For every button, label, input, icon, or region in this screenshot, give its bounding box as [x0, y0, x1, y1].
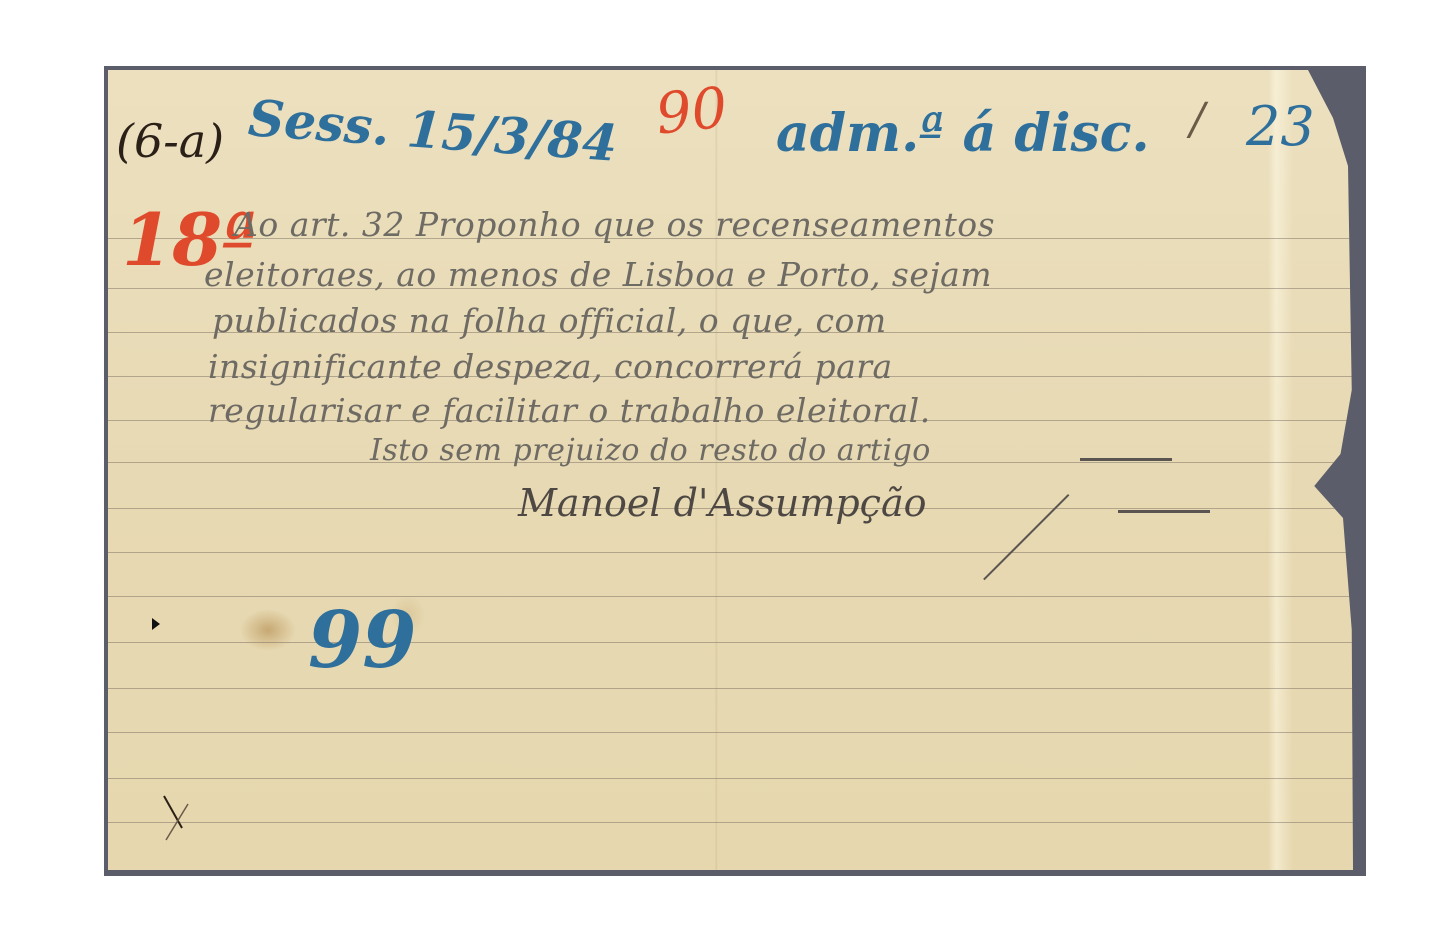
ruled-line	[108, 596, 1358, 597]
punch-mark-icon	[152, 618, 160, 630]
ruled-line	[108, 822, 1358, 823]
closing-flourish	[1080, 458, 1172, 461]
ruled-line	[108, 732, 1358, 733]
page-number: 23	[1246, 100, 1315, 154]
manuscript-page: (6-a) Sess. 15/3/84 90 adm.ª á disc. / 2…	[108, 70, 1358, 870]
ruled-line	[108, 688, 1358, 689]
signature-stroke	[983, 494, 1069, 580]
ruled-line	[108, 778, 1358, 779]
tick-mark: /	[1190, 98, 1205, 142]
body-line: Ao art. 32 Proponho que os recenseamento…	[234, 208, 995, 241]
signature-flourish	[1118, 510, 1210, 513]
body-line: insignificante despeza, concorrerá para	[208, 350, 893, 383]
session-date: Sess. 15/3/84	[247, 93, 619, 169]
red-number: 90	[653, 80, 730, 143]
body-line: publicados na folha official, o que, com	[212, 304, 887, 337]
ruled-line	[108, 642, 1358, 643]
body-line: eleitoraes, ao menos de Lisboa e Porto, …	[204, 258, 992, 291]
blue-number: 99	[308, 602, 417, 680]
ruled-line	[108, 552, 1358, 553]
status-note: adm.ª á disc.	[776, 108, 1150, 160]
closing-line: Isto sem prejuizo do resto do artigo	[370, 436, 931, 466]
signature: Manoel d'Assumpção	[518, 484, 927, 522]
reference-mark: (6-a)	[116, 118, 224, 164]
cross-mark-icon	[160, 792, 194, 844]
body-line: regularisar e facilitar o trabalho eleit…	[208, 394, 931, 427]
